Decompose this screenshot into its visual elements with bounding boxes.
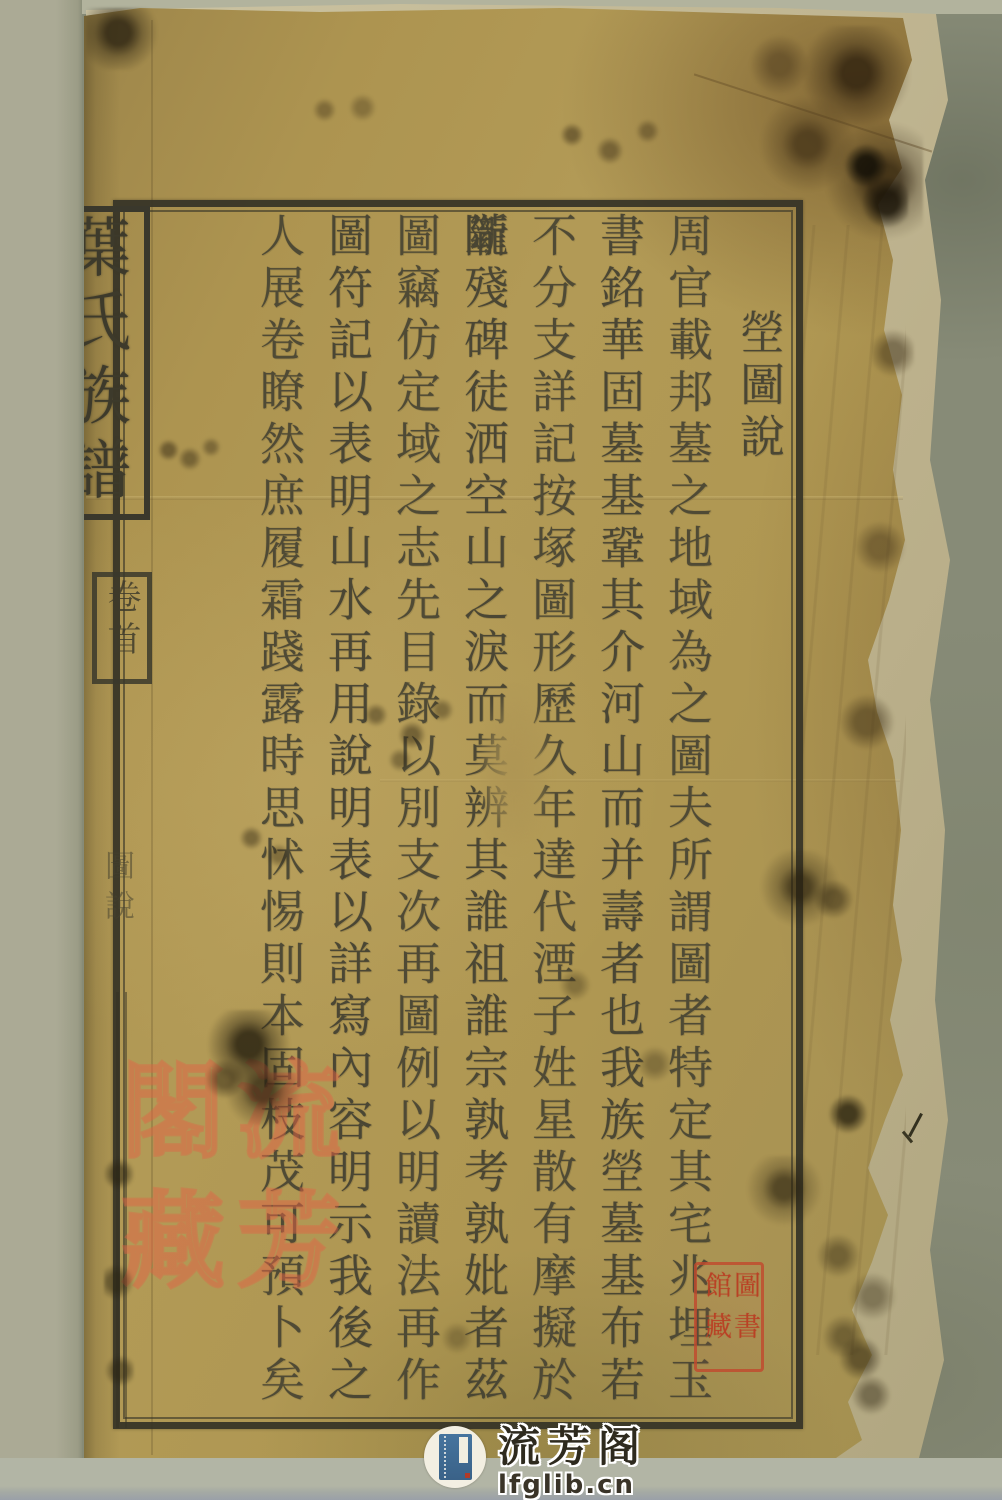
- text-column: 書銘華固墓基鞏其介河山而并壽者也我族塋墓基布若: [584, 212, 652, 1408]
- site-watermark: 流芳阁 lfglib.cn: [424, 1414, 648, 1500]
- text-column: 圖竊仿定域之志先目錄以別支次再圖例以明讀法再作: [380, 212, 448, 1408]
- spine-volume-box: 卷首: [92, 572, 152, 684]
- spine-title-box: 葉氏族譜: [84, 206, 150, 520]
- library-seal-col-left: 館藏: [701, 1267, 730, 1367]
- spine-title: 葉氏族譜: [84, 214, 128, 510]
- watermark-circle: [424, 1426, 486, 1488]
- book-stitch-line: [444, 1436, 447, 1478]
- watermark-site-name: 流芳阁: [498, 1414, 648, 1474]
- faded-ink-patch: [476, 686, 552, 854]
- section-title: 塋圖說: [720, 212, 792, 1408]
- spine-volume-label: 卷首: [99, 579, 143, 663]
- text-column: 周官載邦墓之地域為之圖夫所謂圖者特定其宅兆埋玉: [652, 212, 720, 1408]
- red-seal-watermark-col: 閣藏: [106, 1056, 222, 1456]
- library-seal-col-right: 圖書: [730, 1267, 759, 1367]
- fold-label: 圖說: [94, 850, 138, 930]
- red-seal-watermark-col: 流芳: [222, 1056, 338, 1456]
- book-seal-dot: [465, 1473, 470, 1478]
- scanned-page: 塋圖說 周官載邦墓之地域為之圖夫所謂圖者特定其宅兆埋玉 書銘華固墓基鞏其介河山而…: [0, 0, 1002, 1500]
- library-seal: 圖書 館藏: [694, 1262, 764, 1372]
- watermark-texts: 流芳阁 lfglib.cn: [498, 1414, 648, 1500]
- book-icon: [439, 1434, 472, 1480]
- scanner-strip-left: [0, 0, 82, 1500]
- book-title-strip: [459, 1437, 468, 1463]
- library-seal-text: 圖書 館藏: [699, 1267, 759, 1367]
- red-seal-watermark: 流芳 閣藏: [106, 1056, 338, 1456]
- watermark-site-url: lfglib.cn: [498, 1470, 648, 1500]
